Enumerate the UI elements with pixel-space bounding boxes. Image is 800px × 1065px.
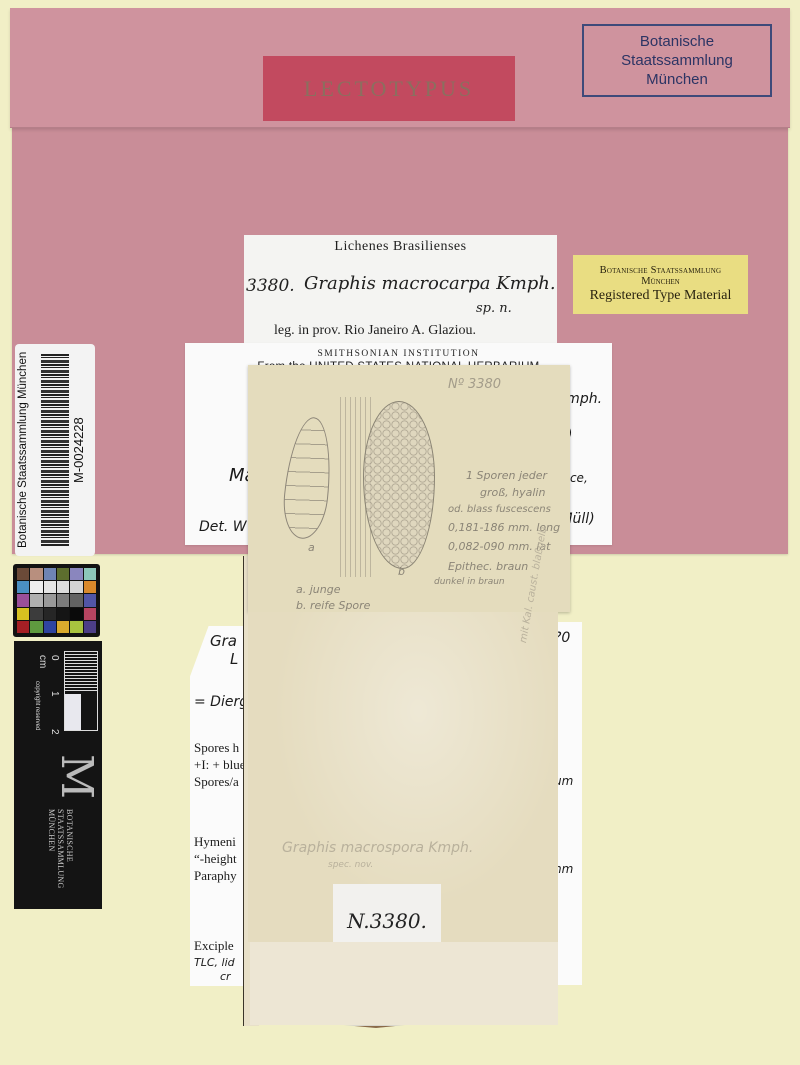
- sketch-label-a: a: [308, 541, 315, 554]
- color-swatch: [57, 581, 69, 593]
- pencil-number: Nº 3380: [448, 377, 501, 392]
- scale-tick-2: 2: [49, 729, 60, 735]
- color-swatch: [44, 594, 56, 606]
- regtype-city: München: [641, 276, 680, 287]
- faint-taxon-sub: spec. nov.: [328, 860, 373, 870]
- color-swatch: [17, 608, 29, 620]
- color-swatch: [30, 581, 42, 593]
- anno-line: = Dierg: [194, 694, 248, 710]
- color-swatch: [44, 621, 56, 633]
- anno-line: Gra: [210, 632, 237, 650]
- color-swatch: [44, 581, 56, 593]
- anno-line: Paraphy: [194, 868, 237, 884]
- note-line: groß, hyalin: [480, 486, 545, 499]
- barcode-icon: [41, 354, 69, 546]
- color-swatch: [17, 568, 29, 580]
- collection-number: 3380.: [246, 276, 295, 296]
- color-swatch: [57, 608, 69, 620]
- label-header: Lichenes Brasilienses: [244, 239, 557, 255]
- color-swatch: [84, 621, 96, 633]
- faint-taxon-name: Graphis macrospora Kmph.: [282, 840, 473, 856]
- color-swatch: [30, 568, 42, 580]
- specimen-packet: Nº 3380 a b 1 Sporen jeder groß, hyalin …: [248, 365, 570, 1025]
- packet-bottom-flap: [250, 942, 558, 1025]
- scale-tick-0: 0: [49, 655, 60, 661]
- color-swatch: [84, 581, 96, 593]
- barcode-number: M-0024228: [71, 348, 93, 552]
- anno-line: cr: [220, 970, 231, 983]
- anno-line: Spores h: [194, 740, 239, 756]
- color-swatch: [30, 621, 42, 633]
- smithsonian-institution: SMITHSONIAN INSTITUTION: [185, 349, 612, 359]
- registered-type-label: Botanische Staatssammlung München Regist…: [573, 255, 748, 314]
- stamp-line: Staatssammlung: [621, 51, 733, 70]
- spore-sketch-young: [280, 415, 337, 541]
- note-line: 1 Sporen jeder: [466, 469, 547, 482]
- taxon-name: Graphis macrocarpa Kmph.: [304, 273, 556, 294]
- note-line: od. blass fuscescens: [448, 504, 551, 515]
- packet-upper-flap: Nº 3380 a b 1 Sporen jeder groß, hyalin …: [248, 365, 570, 612]
- color-swatch: [84, 568, 96, 580]
- lectotype-label: LECTOTYPUS: [263, 56, 515, 121]
- anno-line: L: [230, 650, 238, 668]
- legend-line: b. reife Spore: [296, 599, 370, 612]
- anno-line: Hymeni: [194, 834, 236, 850]
- color-swatch: [17, 621, 29, 633]
- color-swatch: [70, 568, 82, 580]
- scale-tick-1: 1: [49, 691, 60, 697]
- color-calibration-chart: [13, 564, 100, 637]
- legend-line: a. junge: [296, 583, 340, 596]
- note-line: dunkel in braun: [434, 577, 505, 587]
- institution-logo-icon: M: [51, 754, 102, 799]
- color-swatch: [57, 568, 69, 580]
- barcode-institution: Botanische Staatssammlung München: [17, 348, 39, 552]
- regtype-title: Registered Type Material: [590, 288, 732, 304]
- stamp-line: München: [646, 70, 708, 89]
- stamp-line: Botanische: [640, 32, 714, 51]
- color-swatch: [44, 568, 56, 580]
- barcode-label: Botanische Staatssammlung München M-0024…: [15, 344, 95, 556]
- sketch-label-b: b: [398, 565, 405, 578]
- color-swatch: [70, 594, 82, 606]
- color-swatch: [17, 594, 29, 606]
- color-swatch: [70, 621, 82, 633]
- anno-line: “-height: [194, 851, 237, 867]
- taxon-status: sp. n.: [476, 301, 512, 316]
- anno-line: TLC, lid: [194, 956, 235, 969]
- color-swatch: [57, 594, 69, 606]
- scale-unit: cm: [37, 655, 48, 668]
- ruler-icon: [64, 651, 98, 731]
- color-swatch: [70, 581, 82, 593]
- color-swatch: [70, 608, 82, 620]
- anno-line: Exciple: [194, 938, 234, 954]
- copyright-text: copyright reserved: [34, 681, 40, 730]
- color-swatch: [17, 581, 29, 593]
- regtype-institution: Botanische Staatssammlung: [600, 265, 722, 276]
- institution-stamp: Botanische Staatssammlung München: [582, 24, 772, 97]
- scale-bar: 0 1 2 cm copyright reserved M BOTANISCHE…: [14, 641, 102, 909]
- note-line: Epithec. braun: [448, 560, 528, 573]
- color-swatch: [44, 608, 56, 620]
- color-swatch: [57, 621, 69, 633]
- anno-line: Spores/a: [194, 774, 239, 790]
- color-swatch: [84, 594, 96, 606]
- color-swatch: [30, 608, 42, 620]
- color-swatch: [84, 608, 96, 620]
- color-swatch: [30, 594, 42, 606]
- collector-line: leg. in prov. Rio Janeiro A. Glaziou.: [274, 323, 476, 339]
- original-specimen-label: Lichenes Brasilienses 3380. Graphis macr…: [244, 235, 557, 345]
- scale-institution: BOTANISCHE STAATSSAMMLUNG MÜNCHEN: [47, 809, 74, 899]
- anno-line: +I: + blue: [194, 757, 246, 773]
- hw-determiner: Det. W: [199, 519, 247, 535]
